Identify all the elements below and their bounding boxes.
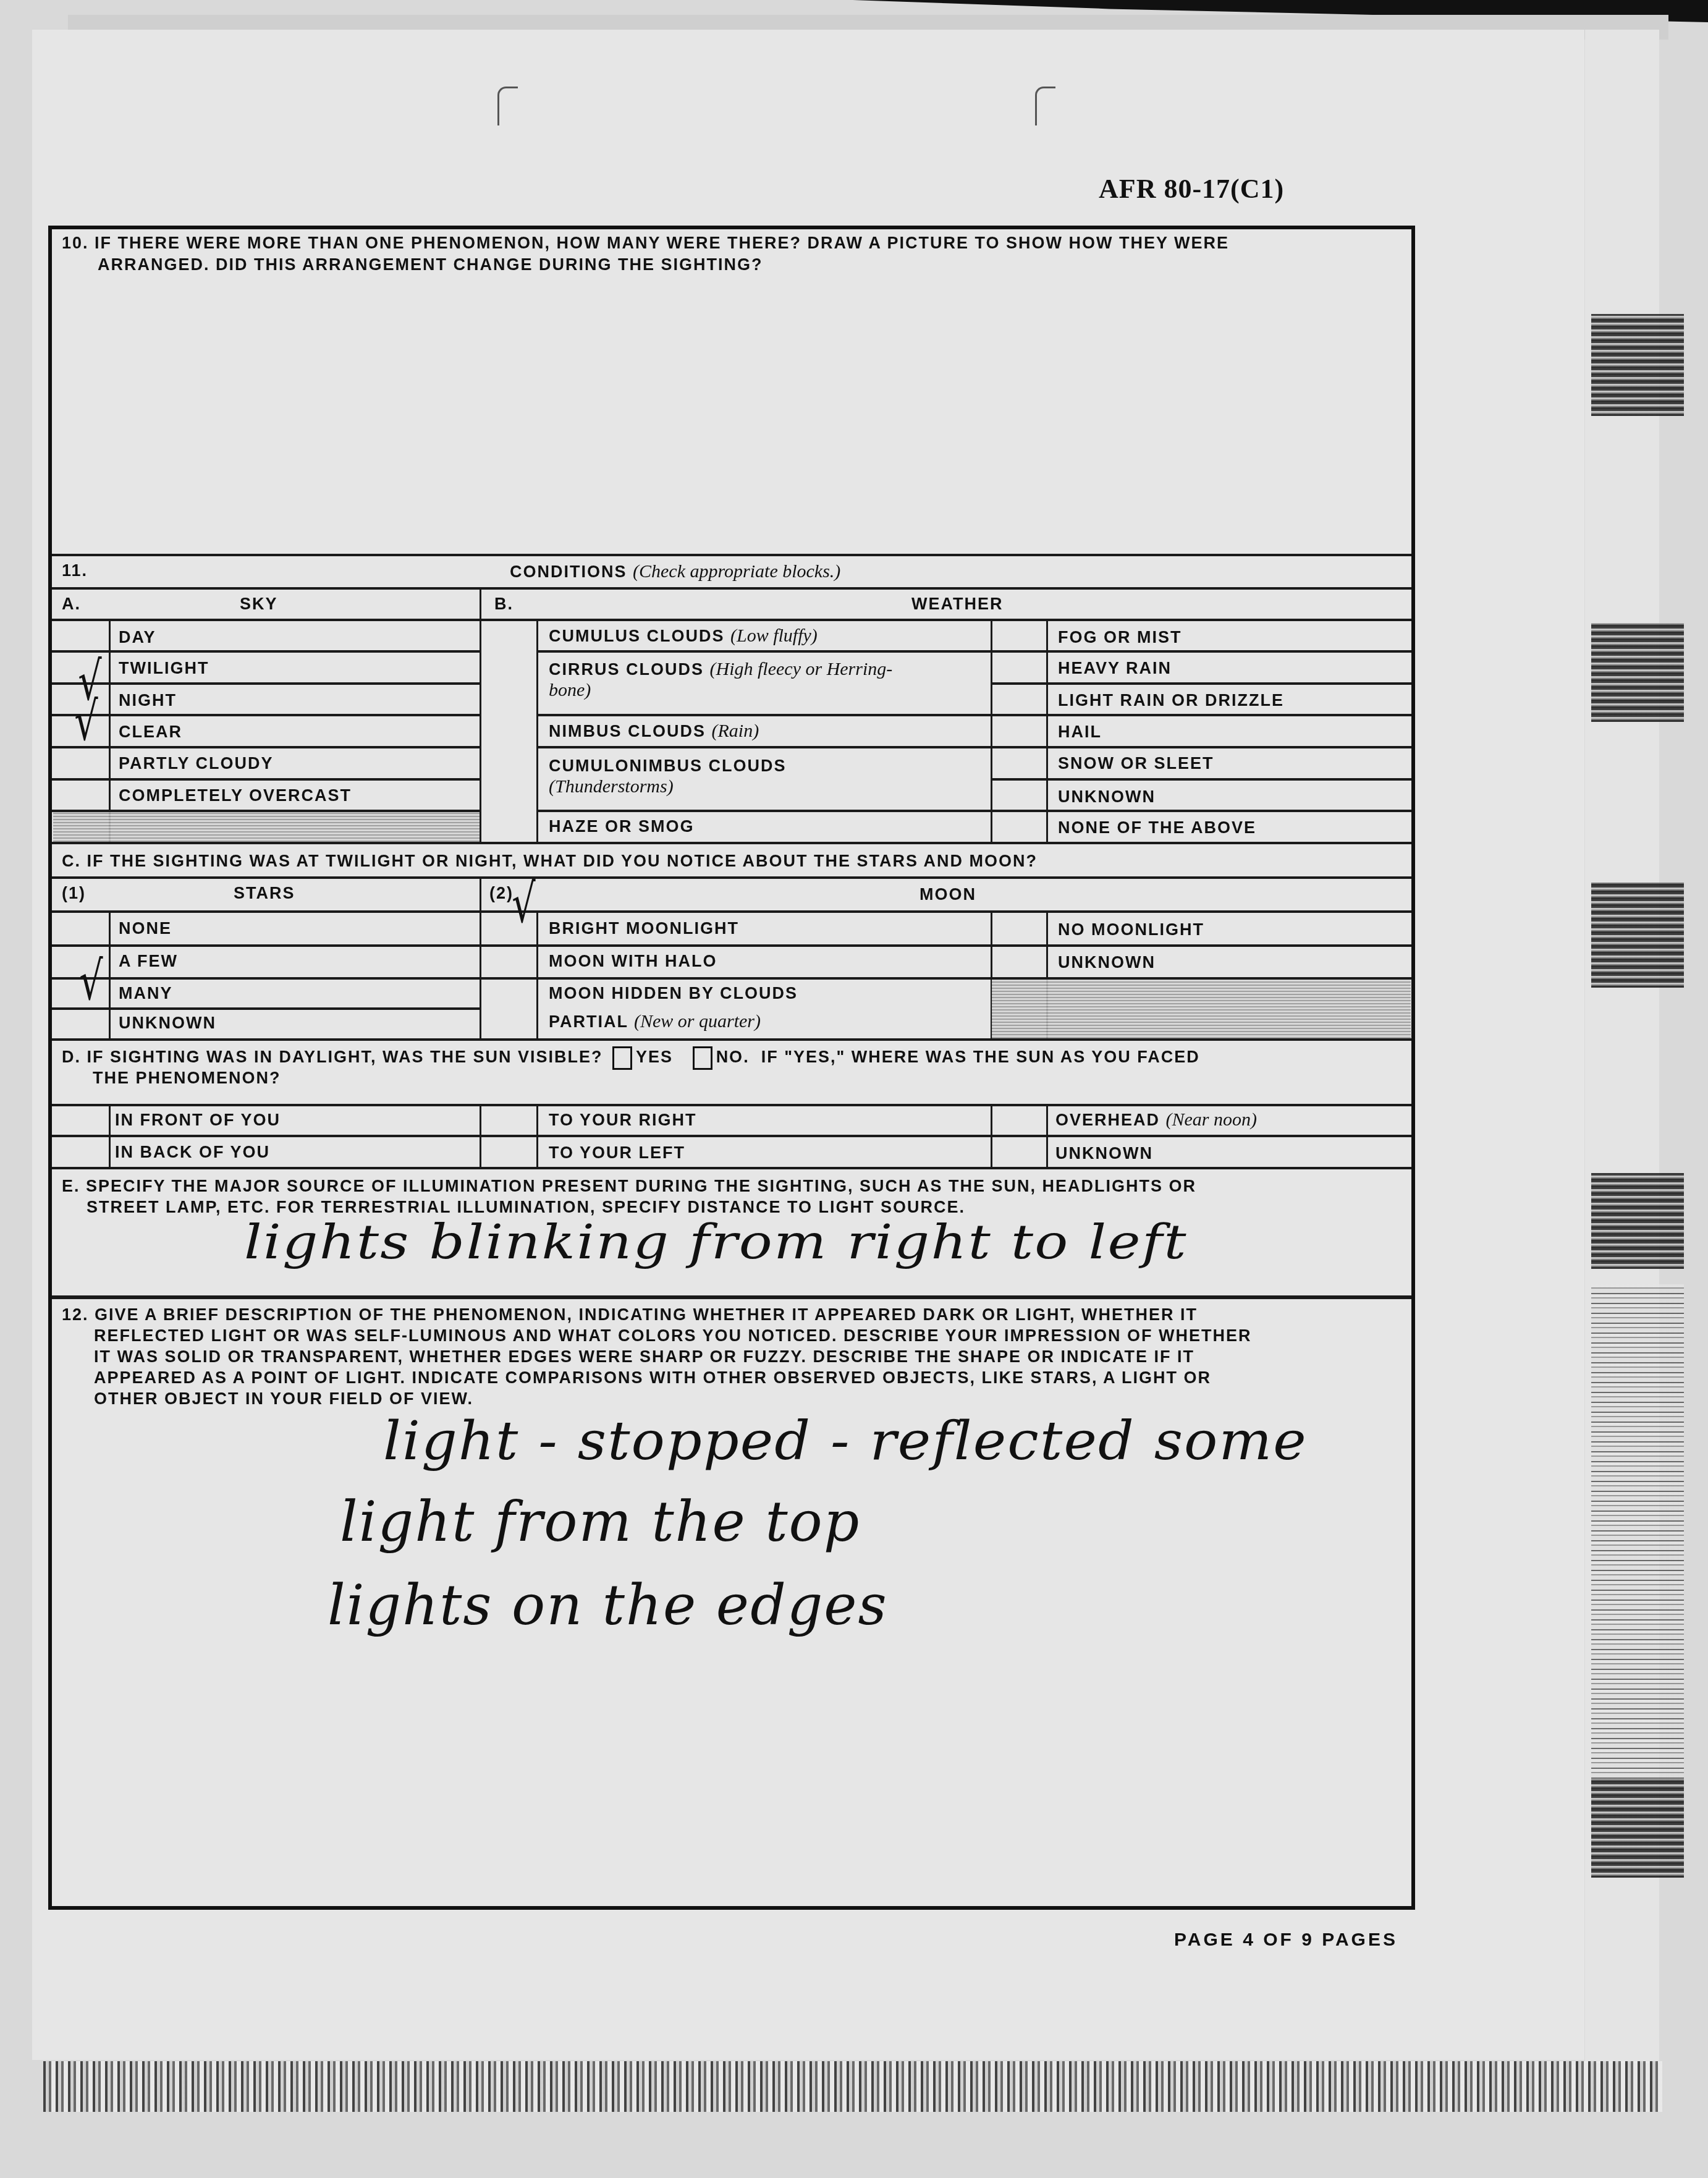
section-11-title-text: CONDITIONS [510, 562, 627, 581]
divider [536, 650, 992, 653]
section-11-title-note: (Check appropriate blocks.) [633, 561, 840, 582]
weather-item-label: HAIL [1058, 722, 1102, 742]
moon-number: (2) [489, 884, 514, 903]
sky-item-label: CLEAR [119, 722, 182, 742]
moon-item-label: MOON WITH HALO [549, 952, 717, 971]
sky-letter: A. [62, 595, 81, 614]
moon-item-label: PARTIAL (New or quarter) [549, 1011, 761, 1032]
divider [52, 746, 481, 748]
divider [52, 1167, 1411, 1169]
sun-position-text: OVERHEAD [1055, 1111, 1160, 1129]
page-number: PAGE 4 OF 9 PAGES [1174, 1930, 1398, 1951]
section-10-question-line1: 10. IF THERE WERE MORE THAN ONE PHENOMEN… [62, 232, 1229, 254]
scan-noise [1591, 1284, 1684, 1779]
illumination-answer[interactable]: lights blinking from right to left [244, 1214, 1188, 1269]
divider [991, 682, 1411, 685]
weather-label-text: CIRRUS CLOUDS [549, 660, 704, 679]
divider [536, 746, 992, 748]
moon-item-label: UNKNOWN [1058, 953, 1156, 972]
checkmark-icon: √ [79, 955, 103, 1008]
stars-item-label: A FEW [119, 952, 178, 971]
weather-label-note: (High fleecy or Herring- [710, 659, 893, 679]
moon-item-label: NO MOONLIGHT [1058, 920, 1204, 939]
divider [52, 778, 481, 781]
weather-item-label: HAZE OR SMOG [549, 817, 695, 836]
weather-item-label: NIMBUS CLOUDS (Rain) [549, 721, 759, 742]
divider [52, 944, 1411, 947]
column-divider [536, 1105, 538, 1167]
column-divider [991, 1105, 992, 1167]
column-divider [480, 1105, 481, 1167]
weather-letter: B. [494, 595, 514, 614]
column-divider [480, 878, 481, 1040]
answer-line-1: light - stopped - reflected some [383, 1410, 1308, 1472]
weather-label-note: (Rain) [712, 721, 759, 741]
punch-hole-mark [1035, 87, 1055, 125]
divider [52, 910, 1411, 913]
no-checkbox[interactable] [693, 1046, 712, 1070]
weather-item-label: UNKNOWN [1058, 787, 1156, 807]
daylight-question: D. IF SIGHTING WAS IN DAYLIGHT, WAS THE … [62, 1046, 1200, 1070]
weather-label-text: CUMULUS CLOUDS [549, 627, 725, 645]
section-12-question-line3: IT WAS SOLID OR TRANSPARENT, WHETHER EDG… [94, 1346, 1194, 1368]
divider [52, 1007, 481, 1010]
yes-checkbox[interactable] [612, 1046, 632, 1070]
scan-noise [1591, 1173, 1684, 1269]
column-divider [1046, 1105, 1048, 1167]
section-10-answer-area[interactable] [56, 284, 1409, 550]
sun-position-label: OVERHEAD (Near noon) [1055, 1109, 1257, 1130]
night-question: C. IF THE SIGHTING WAS AT TWILIGHT OR NI… [62, 850, 1038, 872]
daylight-question-text: IF "YES," WHERE WAS THE SUN AS YOU FACED [761, 1048, 1200, 1066]
sun-position-label: UNKNOWN [1055, 1144, 1153, 1163]
divider [536, 714, 992, 716]
yes-label: YES [636, 1048, 673, 1066]
sky-item-label: PARTLY CLOUDY [119, 754, 274, 773]
section-12-question-line1: 12. GIVE A BRIEF DESCRIPTION OF THE PHEN… [62, 1304, 1198, 1326]
no-label: NO. [716, 1048, 750, 1066]
stars-item-label: UNKNOWN [119, 1014, 216, 1033]
section-11-title: CONDITIONS (Check appropriate blocks.) [510, 561, 840, 582]
section-11-number: 11. [62, 561, 88, 580]
weather-item-label: HEAVY RAIN [1058, 659, 1172, 678]
sky-item-label: TWILIGHT [119, 659, 209, 678]
moon-label-text: PARTIAL [549, 1012, 628, 1031]
divider [52, 554, 1411, 556]
weather-item-label: FOG OR MIST [1058, 628, 1182, 647]
sky-header: SKY [240, 595, 278, 614]
weather-item-label: LIGHT RAIN OR DRIZZLE [1058, 691, 1284, 710]
moon-item-label: MOON HIDDEN BY CLOUDS [549, 984, 798, 1003]
divider [991, 746, 1411, 748]
stars-header: STARS [234, 884, 295, 903]
divider [52, 714, 481, 716]
divider [52, 842, 1411, 844]
sky-item-label: DAY [119, 628, 156, 647]
scan-noise [1591, 623, 1684, 722]
shaded-unused-cell [53, 812, 480, 842]
divider [52, 587, 1411, 590]
divider [52, 1295, 1411, 1299]
divider [991, 778, 1411, 781]
weather-item-label: SNOW OR SLEET [1058, 754, 1214, 773]
divider [991, 714, 1411, 716]
answer-line-2: light from the top [340, 1489, 860, 1554]
divider [991, 810, 1411, 812]
weather-item-label-cont: (Thunderstorms) [549, 776, 674, 797]
divider [52, 682, 481, 685]
divider [52, 1135, 1411, 1137]
sun-position-label: IN BACK OF YOU [115, 1143, 270, 1162]
weather-label-text: NIMBUS CLOUDS [549, 722, 706, 740]
weather-item-label: NONE OF THE ABOVE [1058, 818, 1256, 837]
divider [52, 650, 481, 653]
weather-item-label-cont: bone) [549, 680, 591, 701]
weather-label-note: (Thunderstorms) [549, 776, 674, 797]
sun-position-label: TO YOUR LEFT [549, 1143, 685, 1163]
form-identifier: AFR 80-17(C1) [1099, 173, 1284, 205]
daylight-question-text: D. IF SIGHTING WAS IN DAYLIGHT, WAS THE … [62, 1048, 603, 1066]
weather-item-label: CUMULONIMBUS CLOUDS [549, 756, 786, 776]
weather-label-note: bone) [549, 680, 591, 700]
checkmark-icon: √ [512, 878, 535, 931]
answer-line-3: lights on the edges [328, 1573, 888, 1638]
column-divider [109, 912, 111, 1040]
moon-item-label: BRIGHT MOONLIGHT [549, 919, 739, 938]
punch-hole-mark [497, 87, 518, 125]
divider [52, 876, 1411, 879]
section-12-question-line5: OTHER OBJECT IN YOUR FIELD OF VIEW. [94, 1388, 473, 1410]
divider [52, 1038, 1411, 1041]
sky-item-label: NIGHT [119, 691, 177, 710]
sky-item-label: COMPLETELY OVERCAST [119, 786, 352, 805]
scan-noise [43, 2061, 1662, 2112]
moon-header: MOON [920, 885, 976, 904]
weather-label-note: (Low fluffy) [730, 625, 818, 646]
sun-position-note: (Near noon) [1166, 1109, 1257, 1130]
scan-noise [1591, 314, 1684, 416]
sun-position-label: IN FRONT OF YOU [115, 1111, 281, 1130]
checkmark-icon: √ [74, 695, 98, 748]
daylight-question-line2: THE PHENOMENON? [93, 1067, 281, 1089]
moon-label-note: (New or quarter) [634, 1011, 761, 1032]
section-12-question-line4: APPEARED AS A POINT OF LIGHT. INDICATE C… [94, 1367, 1211, 1389]
section-10-question-line2: ARRANGED. DID THIS ARRANGEMENT CHANGE DU… [98, 254, 763, 276]
scan-noise [1591, 1779, 1684, 1878]
illumination-question-line1: E. SPECIFY THE MAJOR SOURCE OF ILLUMINAT… [62, 1176, 1196, 1197]
underlying-page-strip [1585, 30, 1659, 2063]
weather-header: WEATHER [911, 595, 1004, 614]
section-12-question-line2: REFLECTED LIGHT OR WAS SELF-LUMINOUS AND… [94, 1325, 1252, 1347]
weather-item-label: CIRRUS CLOUDS (High fleecy or Herring- [549, 659, 892, 680]
scan-noise [1591, 883, 1684, 988]
column-divider [109, 1105, 111, 1167]
shaded-unused-cell [992, 980, 1411, 1038]
sun-position-label: TO YOUR RIGHT [549, 1111, 697, 1130]
divider [52, 619, 1411, 621]
column-divider [536, 912, 538, 1040]
stars-item-label: MANY [119, 984, 173, 1003]
stars-number: (1) [62, 884, 86, 903]
divider [536, 810, 992, 812]
stars-item-label: NONE [119, 919, 172, 938]
divider [991, 650, 1411, 653]
divider [52, 1104, 1411, 1106]
weather-item-label: CUMULUS CLOUDS (Low fluffy) [549, 625, 818, 646]
